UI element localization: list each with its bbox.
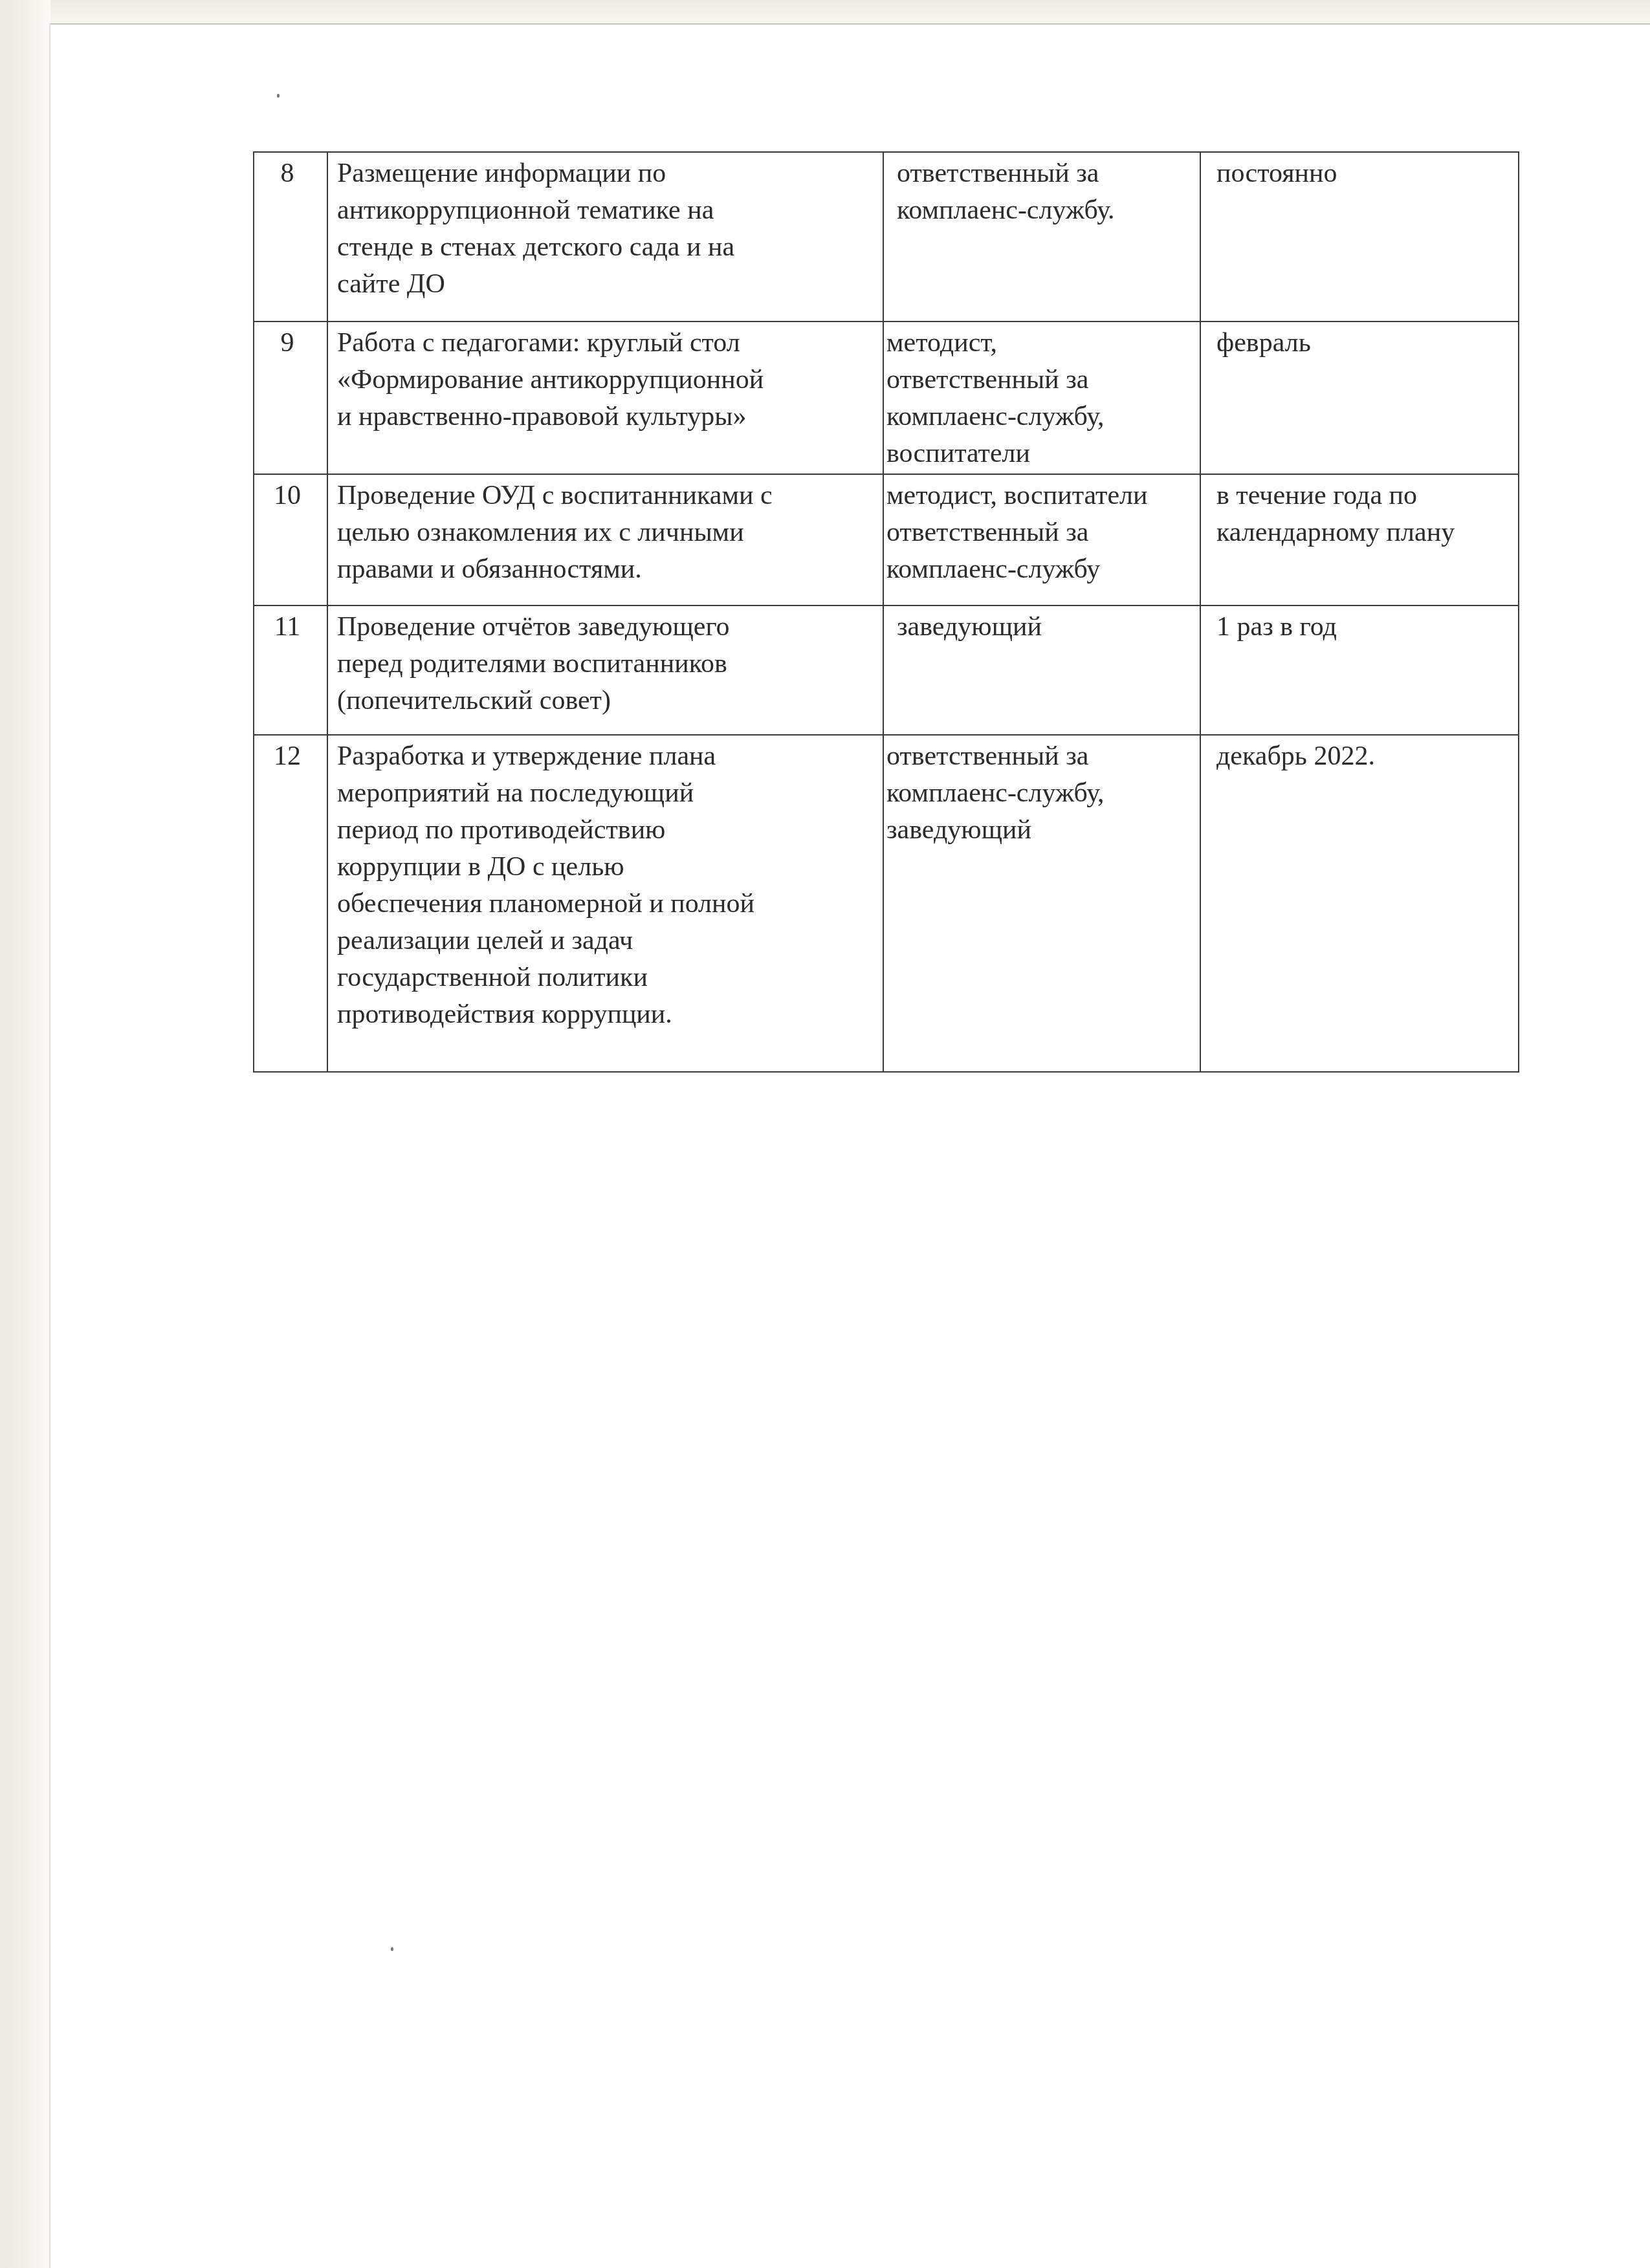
- term-cell: постоянно: [1200, 152, 1519, 322]
- term-line: в течение года по: [1216, 477, 1512, 514]
- term-line: 1 раз в год: [1216, 609, 1512, 646]
- row-number: 11: [254, 605, 327, 735]
- responsible-line: заведующий: [897, 609, 1193, 646]
- responsible-cell: методист, ответственный за комплаенс-слу…: [883, 322, 1200, 474]
- responsible-cell: методист, воспитатели ответственный за к…: [883, 474, 1200, 605]
- action-line: перед родителями воспитанников: [337, 646, 876, 682]
- page-left-edge: [49, 23, 50, 2268]
- responsible-line: методист, воспитатели: [886, 477, 1193, 514]
- responsible-line: ответственный за: [886, 362, 1193, 398]
- term-line: декабрь 2022.: [1216, 738, 1512, 775]
- action-line: Разработка и утверждение плана: [337, 738, 876, 775]
- responsible-line: комплаенс-службу.: [897, 192, 1193, 229]
- responsible-line: ответственный за: [886, 738, 1193, 775]
- scan-left-margin: [0, 0, 50, 2268]
- term-line: постоянно: [1216, 155, 1512, 192]
- responsible-line: заведующий: [886, 812, 1193, 849]
- action-line: стенде в стенах детского сада и на: [337, 229, 876, 266]
- table-row: 8 Размещение информации по антикоррупцио…: [254, 152, 1519, 322]
- action-cell: Работа с педагогами: круглый стол «Форми…: [327, 322, 883, 474]
- responsible-line: ответственный за: [897, 155, 1193, 192]
- action-line: Работа с педагогами: круглый стол: [337, 325, 876, 362]
- scan-top-margin: [0, 0, 1650, 23]
- action-line: (попечительский совет): [337, 682, 876, 719]
- table-row: 10 Проведение ОУД с воспитанниками с цел…: [254, 474, 1519, 605]
- table-row: 12 Разработка и утверждение плана меропр…: [254, 735, 1519, 1072]
- responsible-cell: заведующий: [883, 605, 1200, 735]
- action-line: реализации целей и задач: [337, 922, 876, 959]
- term-cell: в течение года по календарному плану: [1200, 474, 1519, 605]
- term-line: календарному плану: [1216, 514, 1512, 551]
- action-line: сайте ДО: [337, 266, 876, 303]
- scan-speck: [277, 94, 280, 98]
- action-cell: Проведение ОУД с воспитанниками с целью …: [327, 474, 883, 605]
- row-number: 8: [254, 152, 327, 322]
- row-number: 12: [254, 735, 327, 1072]
- action-plan-table: 8 Размещение информации по антикоррупцио…: [253, 151, 1519, 1073]
- table-row: 9 Работа с педагогами: круглый стол «Фор…: [254, 322, 1519, 474]
- responsible-line: воспитатели: [886, 435, 1193, 472]
- action-line: государственной политики: [337, 959, 876, 996]
- table-row: 11 Проведение отчётов заведующего перед …: [254, 605, 1519, 735]
- responsible-line: комплаенс-службу,: [886, 398, 1193, 435]
- row-number: 9: [254, 322, 327, 474]
- action-line: коррупции в ДО с целью: [337, 849, 876, 886]
- row-number: 10: [254, 474, 327, 605]
- responsible-line: комплаенс-службу,: [886, 775, 1193, 812]
- scan-speck: [391, 1947, 393, 1951]
- responsible-line: комплаенс-службу: [886, 551, 1193, 588]
- action-cell: Разработка и утверждение плана мероприят…: [327, 735, 883, 1072]
- action-line: период по противодействию: [337, 812, 876, 849]
- action-line: Проведение ОУД с воспитанниками с: [337, 477, 876, 514]
- action-line: Размещение информации по: [337, 155, 876, 192]
- term-cell: февраль: [1200, 322, 1519, 474]
- action-line: обеспечения планомерной и полной: [337, 886, 876, 922]
- action-line: «Формирование антикоррупционной: [337, 362, 876, 398]
- action-line: целью ознакомления их с личными: [337, 514, 876, 551]
- action-line: и нравственно-правовой культуры»: [337, 398, 876, 435]
- term-line: февраль: [1216, 325, 1512, 362]
- responsible-cell: ответственный за комплаенс-службу, завед…: [883, 735, 1200, 1072]
- action-line: антикоррупционной тематике на: [337, 192, 876, 229]
- action-cell: Проведение отчётов заведующего перед род…: [327, 605, 883, 735]
- action-line: противодействия коррупции.: [337, 996, 876, 1033]
- action-line: Проведение отчётов заведующего: [337, 609, 876, 646]
- page-top-edge: [50, 23, 1650, 25]
- table-body: 8 Размещение информации по антикоррупцио…: [254, 152, 1519, 1072]
- responsible-line: методист,: [886, 325, 1193, 362]
- responsible-line: ответственный за: [886, 514, 1193, 551]
- term-cell: декабрь 2022.: [1200, 735, 1519, 1072]
- responsible-cell: ответственный за комплаенс-службу.: [883, 152, 1200, 322]
- action-cell: Размещение информации по антикоррупционн…: [327, 152, 883, 322]
- action-line: правами и обязанностями.: [337, 551, 876, 588]
- action-line: мероприятий на последующий: [337, 775, 876, 812]
- term-cell: 1 раз в год: [1200, 605, 1519, 735]
